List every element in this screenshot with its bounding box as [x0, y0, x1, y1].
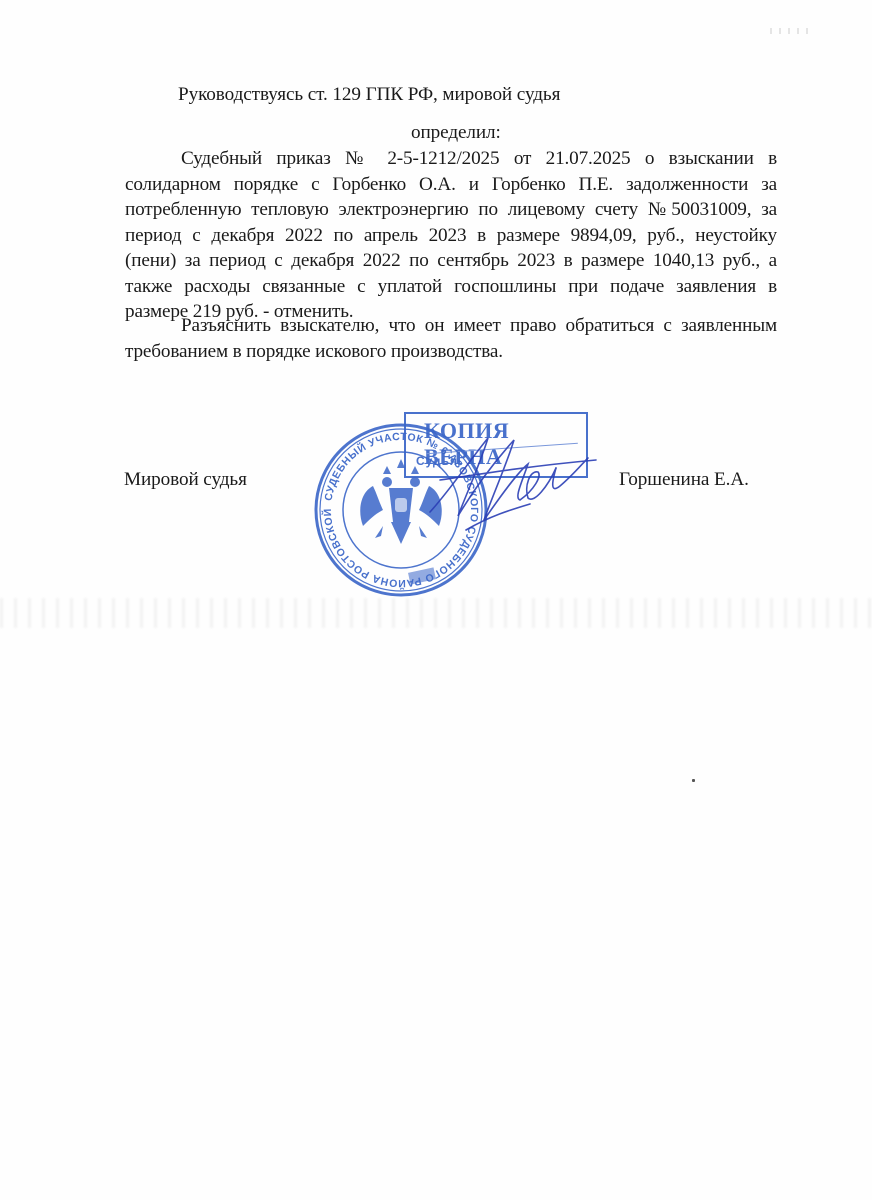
- judge-name: Горшенина Е.А.: [619, 467, 749, 493]
- ruling-line: также расходы связанные с уплатой госпош…: [125, 274, 777, 300]
- signature-icon: [410, 420, 600, 540]
- ruling-line: солидарном порядке с Горбенко О.А. и Гор…: [125, 172, 777, 198]
- ruling-line: (пени) за период с декабря 2022 по сентя…: [125, 248, 777, 274]
- decision-heading: определил:: [411, 120, 501, 146]
- ruling-line: период с декабря 2022 по апрель 2023 в р…: [125, 223, 777, 249]
- ruling-paragraph: Судебный приказ № 2-5-1212/2025 от 21.07…: [125, 146, 777, 325]
- intro-line: Руководствуясь ст. 129 ГПК РФ, мировой с…: [178, 82, 560, 108]
- explanation-line: Разъяснить взыскателю, что он имеет прав…: [125, 313, 777, 339]
- ruling-line: Судебный приказ № 2-5-1212/2025 от 21.07…: [125, 146, 777, 172]
- judge-role-label: Мировой судья: [124, 467, 247, 493]
- explanation-paragraph: Разъяснить взыскателю, что он имеет прав…: [125, 313, 777, 364]
- explanation-line: требованием в порядке искового производс…: [125, 339, 777, 365]
- scan-noise: [770, 28, 810, 34]
- scan-artifact: [0, 598, 872, 628]
- ruling-line: потребленную тепловую электроэнергию по …: [125, 197, 777, 223]
- document-page: Руководствуясь ст. 129 ГПК РФ, мировой с…: [0, 0, 872, 1200]
- scan-speck: [692, 779, 695, 782]
